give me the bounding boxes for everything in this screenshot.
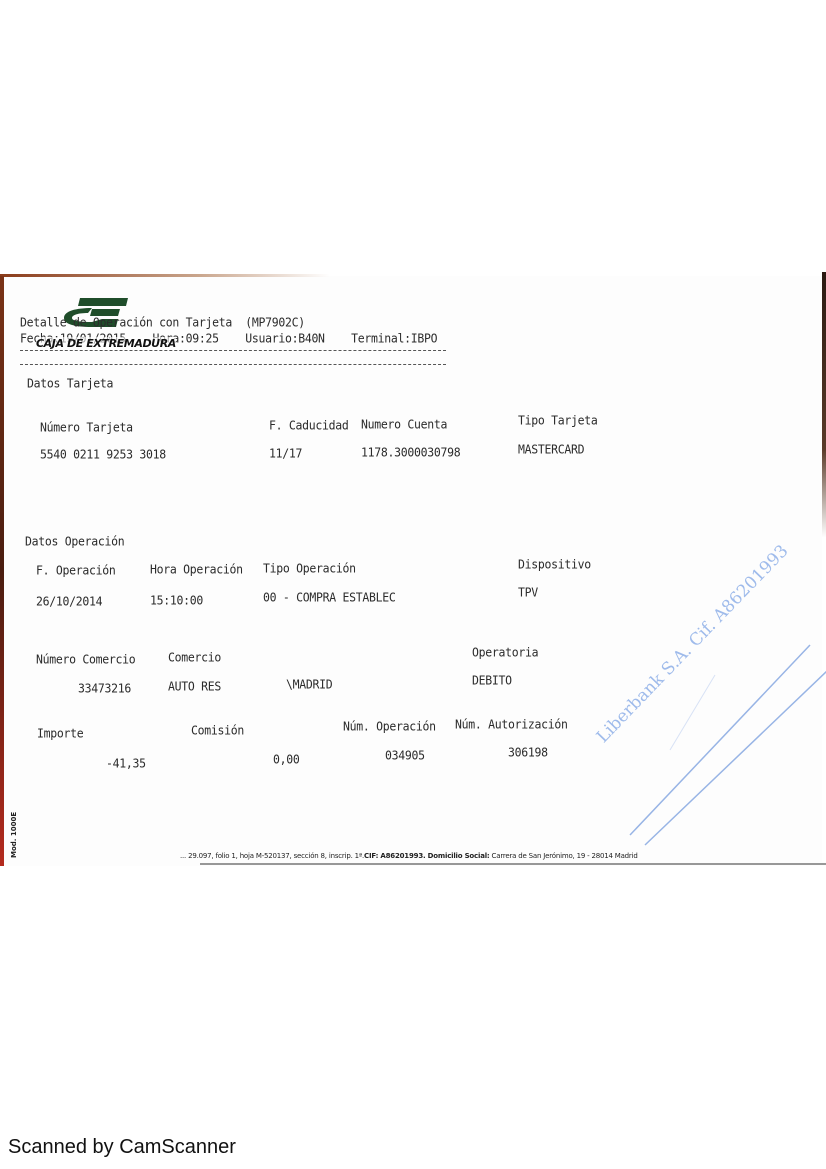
bank-name: CAJA DE EXTREMADURA	[36, 337, 176, 350]
footer-legal-text: ... 29.097, folio 1, hoja M-520137, secc…	[180, 852, 638, 860]
divider	[20, 350, 446, 351]
footer-legal-bold: CIF: A86201993. Domicilio Social:	[364, 852, 489, 860]
label-numero-tarjeta: Número Tarjeta	[40, 419, 133, 434]
label-importe: Importe	[37, 725, 83, 740]
label-numero-cuenta: Numero Cuenta	[361, 416, 447, 431]
value-numero-comercio: 33473216	[78, 680, 131, 695]
label-dispositivo: Dispositivo	[518, 556, 591, 571]
footer-legal-suffix: Carrera de San Jerónimo, 19 - 28014 Madr…	[490, 852, 638, 860]
value-num-operacion: 034905	[385, 747, 425, 762]
paper-edge-bottom	[200, 863, 826, 865]
label-comision: Comisión	[191, 722, 244, 737]
section-title-operacion: Datos Operación	[25, 533, 124, 548]
label-operatoria: Operatoria	[472, 644, 538, 659]
footer-legal-prefix: ... 29.097, folio 1, hoja M-520137, secc…	[180, 852, 364, 860]
value-numero-tarjeta: 5540 0211 9253 3018	[40, 446, 166, 461]
label-comercio: Comercio	[168, 649, 221, 664]
value-caducidad: 11/17	[269, 445, 302, 460]
divider	[20, 364, 446, 365]
label-tipo-operacion: Tipo Operación	[263, 560, 356, 575]
label-num-operacion: Núm. Operación	[343, 718, 436, 733]
label-caducidad: F. Caducidad	[269, 417, 348, 432]
value-num-autorizacion: 306198	[508, 744, 548, 759]
value-comision: 0,00	[273, 751, 300, 766]
label-numero-comercio: Número Comercio	[36, 651, 135, 666]
document-title: Detalle de Operación con Tarjeta (MP7902…	[20, 314, 305, 329]
model-code: Mod. 1000E	[10, 812, 18, 858]
value-operatoria: DEBITO	[472, 672, 512, 687]
camscanner-watermark: Scanned by CamScanner	[8, 1136, 236, 1159]
label-num-autorizacion: Núm. Autorización	[455, 716, 568, 731]
section-title-tarjeta: Datos Tarjeta	[27, 375, 113, 390]
value-dispositivo: TPV	[518, 584, 538, 599]
value-tipo-tarjeta: MASTERCARD	[518, 441, 584, 456]
value-hora-operacion: 15:10:00	[150, 592, 203, 607]
label-hora-operacion: Hora Operación	[150, 561, 243, 576]
value-ciudad: \MADRID	[286, 676, 332, 691]
value-importe: -41,35	[106, 755, 146, 770]
paper-edge-right	[822, 272, 826, 862]
value-comercio: AUTO RES	[168, 678, 221, 693]
value-tipo-operacion: 00 - COMPRA ESTABLEC	[263, 589, 395, 604]
label-tipo-tarjeta: Tipo Tarjeta	[518, 412, 597, 427]
paper-edge-top	[0, 274, 330, 277]
paper-edge-left	[0, 276, 4, 866]
value-numero-cuenta: 1178.3000030798	[361, 444, 460, 459]
label-fecha-operacion: F. Operación	[36, 562, 115, 577]
value-fecha-operacion: 26/10/2014	[36, 593, 102, 608]
